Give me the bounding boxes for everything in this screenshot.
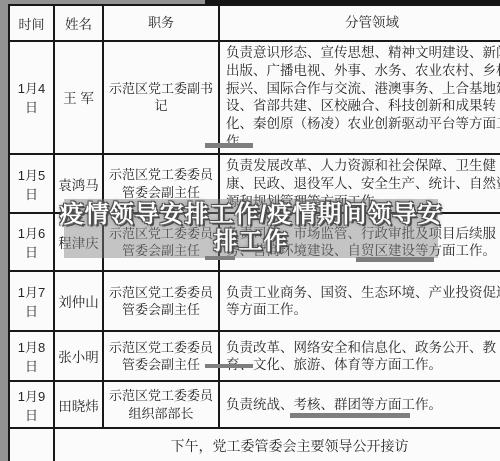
footer-row: 下午，党工委管委会主要领导公开接访: [9, 428, 500, 461]
cell-date: 1月4日: [9, 41, 54, 154]
cell-name: 张小明: [54, 331, 103, 381]
footer-note: 下午，党工委管委会主要领导公开接访: [54, 428, 500, 461]
cell-duties: 负责工业商务、国资、生态环境、产业投资促进等方面工作。: [219, 271, 500, 331]
cell-date: 1月7日: [9, 271, 54, 331]
column-header-duties: 分管领域: [219, 5, 500, 41]
scroll-artifact-bar: [290, 413, 410, 418]
column-header-position: 职务: [103, 5, 219, 41]
cell-name: 刘仲山: [54, 271, 103, 331]
cell-duties: 负责改革、网络安全和信息化、政务公开、教育、文化、旅游、体育等方面工作。: [219, 331, 500, 381]
header-row: 时间 姓名 职务 分管领域: [9, 5, 500, 41]
cell-date: 1月9日: [9, 381, 54, 428]
watermark-banner: 疫情领导安排工作/疫情期间领导安 排工作: [64, 199, 438, 258]
cell-duties: 负责统战、考核、群团等方面工作。: [219, 381, 500, 428]
table-row: 1月8日 张小明 示范区党工委委员管委会副主任 负责改革、网络安全和信息化、政务…: [9, 331, 500, 381]
cell-position: 示范区党工委副书记: [103, 41, 219, 154]
top-dark-bar: [205, 0, 500, 5]
watermark-title-line2: 排工作: [214, 229, 289, 256]
table-row: 1月4日 王 军 示范区党工委副书记 负责意识形态、宣传思想、精神文明建设、新闻…: [9, 41, 500, 154]
cell-position: 示范区党工委委员管委会副主任: [103, 331, 219, 381]
scroll-artifact-bar: [205, 364, 253, 368]
cell-position: 示范区党工委委员管委会副主任: [103, 271, 219, 331]
watermark-title-line1: 疫情领导安排工作/疫情期间领导安: [60, 202, 443, 229]
table-row: 1月9日 田晓炜 示范区党工委委员组织部部长 负责统战、考核、群团等方面工作。: [9, 381, 500, 428]
cell-footer-empty: [9, 428, 54, 461]
cell-date: 1月5日: [9, 154, 54, 213]
cell-name: 田晓炜: [54, 381, 103, 428]
column-header-time: 时间: [9, 5, 54, 41]
table-row: 1月7日 刘仲山 示范区党工委委员管委会副主任 负责工业商务、国资、生态环境、产…: [9, 271, 500, 331]
cell-name: 王 军: [54, 41, 103, 154]
column-header-name: 姓名: [54, 5, 103, 41]
cell-date: 1月6日: [9, 213, 54, 271]
cell-date: 1月8日: [9, 331, 54, 381]
scroll-artifact-bar: [205, 143, 253, 148]
cell-duties: 负责意识形态、宣传思想、精神文明建设、新闻出版、广播电视、外事、水务、农业农村、…: [219, 41, 500, 154]
cell-position: 示范区党工委委员组织部部长: [103, 381, 219, 428]
